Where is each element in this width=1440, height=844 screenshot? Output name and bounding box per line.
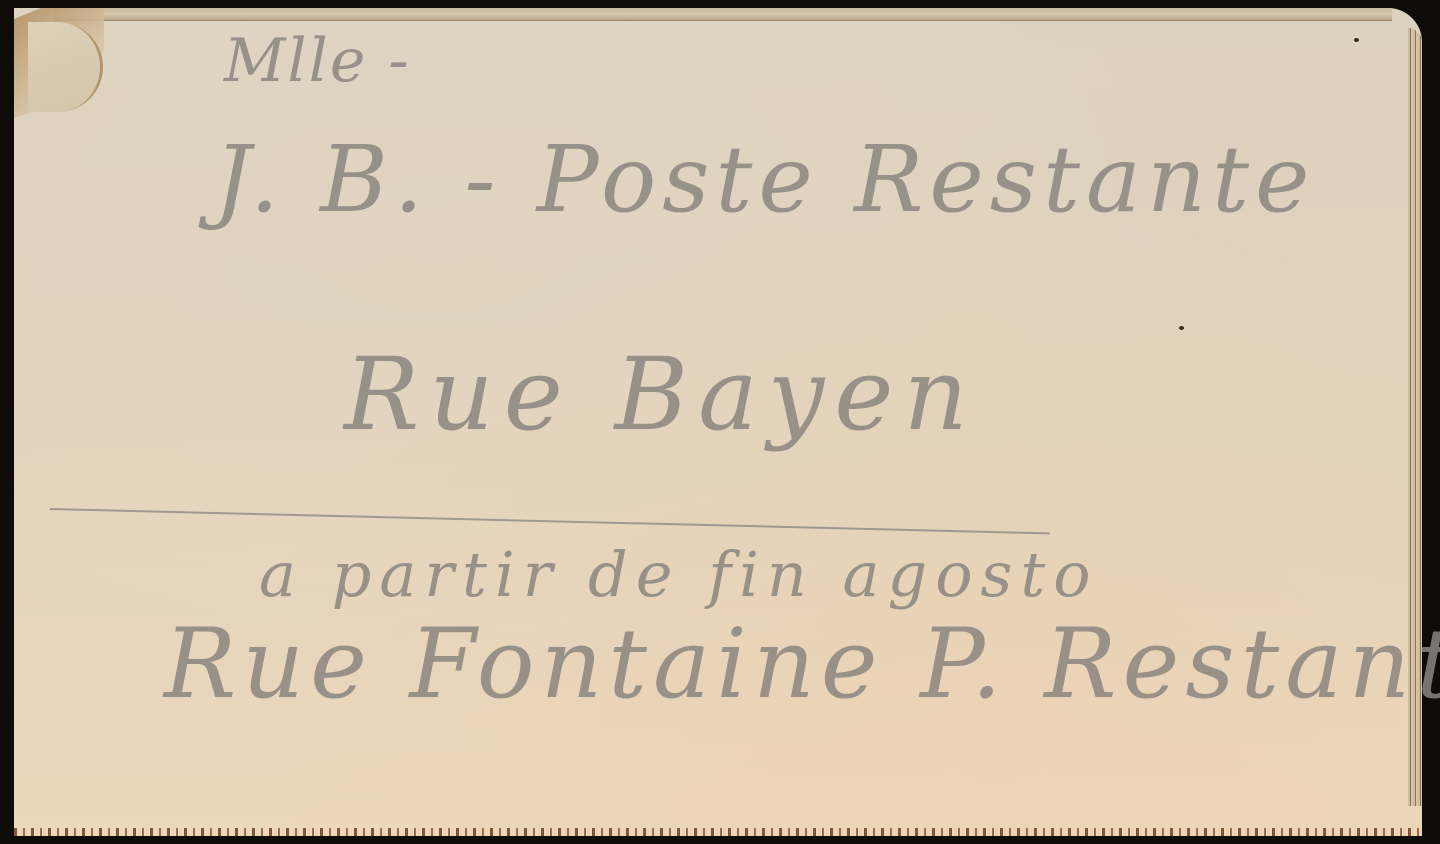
paper-speck	[1354, 38, 1359, 42]
divider-line	[50, 508, 1050, 534]
street-line: Rue Bayen	[344, 336, 978, 453]
paper-speck	[1179, 326, 1184, 330]
recipient-line: J. B. - Poste Restante	[214, 126, 1316, 233]
date-note-line: a partir de fin agosto	[259, 538, 1099, 611]
new-address-line: Rue Fontaine P. Restante	[164, 608, 1440, 720]
perforated-edge	[14, 828, 1422, 836]
page-top-edge	[54, 8, 1392, 21]
salutation-line: Mlle -	[224, 26, 411, 96]
notebook-page: Mlle - J. B. - Poste Restante Rue Bayen …	[14, 8, 1422, 836]
